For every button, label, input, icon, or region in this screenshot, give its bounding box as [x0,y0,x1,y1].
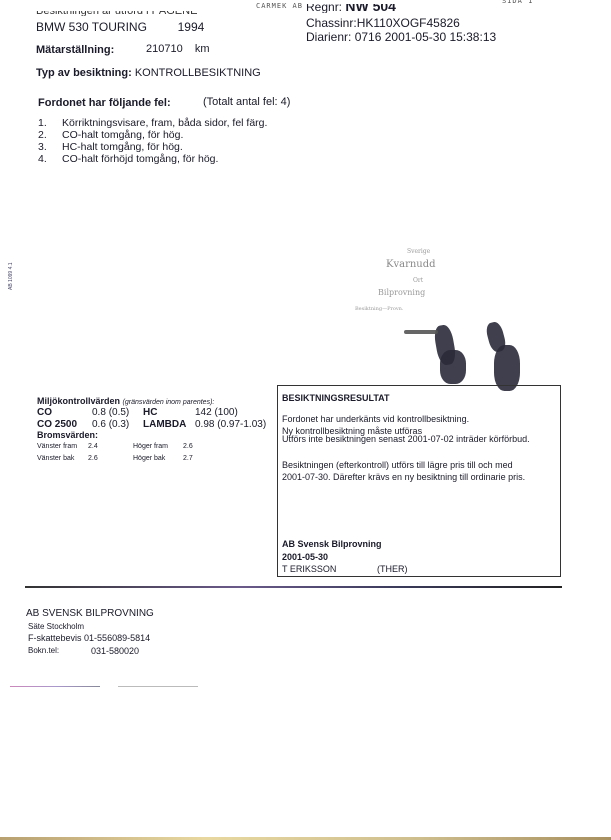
emissions-heading: Miljökontrollvärden [37,396,120,406]
emission-label: CO [37,407,52,418]
fault-item: 4.CO-halt förhöjd tomgång, för hög. [38,153,267,165]
emissions-heading-line: Miljökontrollvärden (gränsvärden inom pa… [37,396,214,406]
faults-heading: Fordonet har följande fel: [38,97,171,109]
fault-item: 1.Körriktningsvisare, fram, båda sidor, … [38,117,267,129]
ink-blot [440,350,466,384]
brake-value: 2.4 [88,443,98,450]
stamp-line: Ort [413,277,423,284]
emission-value-line: 0.6 (0.3) [92,419,129,430]
fault-item: 2.CO-halt tomgång, för hög. [38,129,267,141]
fault-list: 1.Körriktningsvisare, fram, båda sidor, … [38,117,267,165]
result-line: Utförs inte besiktningen senast 2001-07-… [282,434,530,444]
footer-phone-value: 031-580020 [91,646,139,656]
result-line: Besiktningen (efterkontroll) utförs till… [282,460,513,470]
regnr-value: NW 504 [345,4,396,13]
faults-total: (Totalt antal fel: 4) [203,96,290,108]
ink-blot [404,330,438,334]
divider [25,586,562,588]
result-date: 2001-05-30 [282,552,328,562]
footer-company: AB SVENSK BILPROVNING [26,608,154,619]
result-inspector-code: (THER) [377,564,408,574]
diary-line: Diarienr: 0716 2001-05-30 15:38:13 [306,30,496,44]
inspection-type-label: Typ av besiktning: [36,67,132,79]
regnr-line: Regnr: NW 504 [306,4,396,13]
emission-value-line: 142 (100) [195,407,238,418]
side-stamp: AB 1099 4.1 [8,262,14,290]
footer-tax-label: F-skattebevis [28,633,82,643]
company-stamp: CARMEK AB [256,2,303,10]
vehicle-line: BMW 530 TOURING 1994 [36,20,204,34]
emission-value-line: 0.98 (0.97-1.03) [195,419,266,430]
odometer-unit: km [195,43,210,55]
footer-tax: F-skattebevis 01-556089-5814 [28,633,150,643]
cut-off-title: Besiktningen är utförd i PÅGENE [36,11,197,16]
footer-seat: Säte Stockholm [28,622,84,631]
vehicle-year: 1994 [178,20,205,34]
brake-value: 2.6 [183,443,193,450]
faint-divider [10,686,100,687]
brake-label: Höger fram [133,443,168,450]
stamp-line: Sverige [407,248,430,255]
emission-label: HC [143,407,157,418]
brakes-heading: Bromsvärden: [37,430,98,440]
odometer-label: Mätarställning: [36,44,114,56]
chassis-label: Chassinr: [306,16,357,30]
brake-label: Vänster fram [37,443,77,450]
result-line: 2001-07-30. Därefter krävs en ny besiktn… [282,472,525,482]
odometer-value-line: 210710 km [146,43,210,55]
inspection-type-value: KONTROLLBESIKTNING [135,67,261,79]
vehicle-model: BMW 530 TOURING [36,20,147,34]
regnr-label: Regnr: [306,4,342,13]
odometer-value: 210710 [146,43,183,55]
brake-value: 2.7 [183,455,193,462]
result-line: Fordonet har underkänts vid kontrollbesi… [282,414,469,424]
emission-label: LAMBDA [143,419,186,430]
chassis-line: Chassinr:HK110XOGF45826 [306,16,460,30]
chassis-value: HK110XOGF45826 [357,16,460,30]
emissions-subheading: (gränsvärden inom parentes): [123,399,215,406]
diary-label: Diarienr: [306,30,351,44]
diary-value: 0716 2001-05-30 15:38:13 [355,30,496,44]
footer-phone-label: Bokn.tel: [28,646,59,655]
stamp-line: Besiktning—Provn. [355,306,403,312]
brake-label: Vänster bak [37,455,74,462]
result-inspector: T ERIKSSON [282,564,336,574]
page-stamp: SIDA 1 [502,0,533,5]
brake-value: 2.6 [88,455,98,462]
emission-value-line: 0.8 (0.5) [92,407,129,418]
emission-label: CO 2500 [37,419,77,430]
result-heading: BESIKTNINGSRESULTAT [282,393,390,403]
inspection-type: Typ av besiktning: KONTROLLBESIKTNING [36,67,261,79]
fault-item: 3.HC-halt tomgång, för hög. [38,141,267,153]
result-org: AB Svensk Bilprovning [282,539,382,549]
stamp-line: Bilprovning [378,288,425,297]
faint-divider [118,686,198,687]
stamp-line: Kvarnudd [386,259,436,270]
brake-label: Höger bak [133,455,165,462]
footer-tax-value: 01-556089-5814 [84,633,150,643]
